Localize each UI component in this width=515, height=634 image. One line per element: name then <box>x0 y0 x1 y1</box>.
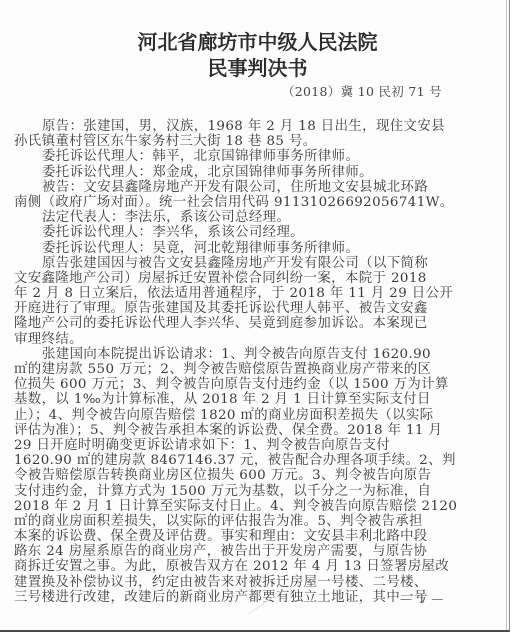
text-line: 张建国向本院提出诉讼请求：1、判令被告向原告支付 1620.90 <box>14 347 455 362</box>
scan-edge-line <box>506 0 507 630</box>
text-line: 开庭进行了审理。原告张建国及其委托诉讼代理人韩平、被告文安鑫 <box>14 301 455 316</box>
page-number: — 1 — <box>400 592 444 606</box>
document-type-heading: 民事判决书 <box>0 52 515 81</box>
text-line: 29 日开庭时明确变更诉讼请求如下：1、判令被告向原告支付 <box>14 438 455 453</box>
text-line: 法定代表人：李法乐，系该公司总经理。 <box>14 210 455 225</box>
judgment-body: 原告：张建国，男，汉族，1968 年 2 月 18 日出生，现住文安县孙氏镇董村… <box>14 119 455 605</box>
text-line: 支付违约金，计算方式为 1500 万元为基数，以千分之一为标准，自 <box>14 484 455 499</box>
text-line: 位损失 600 万元；3、判令被告向原告支付违约金（以 1500 万为计算 <box>14 377 455 392</box>
document-page: 河北省廊坊市中级人民法院 民事判决书 （2018）冀 10 民初 71 号 原告… <box>0 0 510 632</box>
text-line: 委托诉讼代理人：韩平，北京国锦律师事务所律师。 <box>14 149 455 164</box>
text-line: 建置换及补偿协议书，约定由被告来对被拆迁房屋一号楼、二号楼、 <box>14 575 455 590</box>
text-line: 止）；4、判令被告向原告赔偿 1820 ㎡的商业房面积差损失（以实际 <box>14 408 455 423</box>
text-line: 委托诉讼代理人：吴竟，河北乾翔律师事务所律师。 <box>14 241 455 256</box>
text-line: 原告：张建国，男，汉族，1968 年 2 月 18 日出生，现住文安县 <box>14 119 455 134</box>
text-line: 路东 24 房屋系原告的商业房产，被告出于开发房产需要，与原告协 <box>14 544 455 559</box>
text-line: 2018 年 2 月 1 日计算至实际支付日止。4、判令被告向原告赔偿 2120 <box>14 499 455 514</box>
text-line: 委托诉讼代理人：郑金成，北京国锦律师事务所律师。 <box>14 165 455 180</box>
text-line: 令被告赔偿原告转换商业房区位损失 600 万元。3、判令被告向原告 <box>14 468 455 483</box>
text-line: 南侧（政府广场对面）。统一社会信用代码 91131026692056741W。 <box>14 195 455 210</box>
text-line: 审理终结。 <box>14 332 455 347</box>
text-line: 商拆迁安置之事。为此，原被告双方在 2012 年 4 月 13 日签署房屋改 <box>14 559 455 574</box>
case-number: （2018）冀 10 民初 71 号 <box>282 82 442 100</box>
court-name-heading: 河北省廊坊市中级人民法院 <box>0 26 515 55</box>
text-line: 年 2 月 8 日立案后，依法适用普通程序，于 2018 年 11 月 29 日… <box>14 286 455 301</box>
text-line: ㎡的商业房面积差损失，以实际的评估报告为准。5、判令被告承担 <box>14 514 455 529</box>
text-line: ㎡的建房款 550 万元；2、判令被告赔偿原告置换商业房产带来的区 <box>14 362 455 377</box>
text-line: 评估为准）；5、判令被告承担本案的诉讼费、保全费。2018 年 11 月 <box>14 423 455 438</box>
text-line: 被告：文安县鑫隆房地产开发有限公司，住所地文安县城北环路 <box>14 180 455 195</box>
text-line: 委托诉讼代理人：李兴华，系该公司经理。 <box>14 225 455 240</box>
text-line: 原告张建国因与被告文安县鑫隆房地产开发有限公司（以下简称 <box>14 256 455 271</box>
text-line: 基数，以 1‰为计算标准，从 2018 年 2 月 1 日计算至实际支付日 <box>14 392 455 407</box>
text-line: 孙氏镇董村管区东牛家务村三大街 18 巷 85 号。 <box>14 134 455 149</box>
text-line: 隆地产公司的委托诉讼代理人李兴华、吴竟到庭参加诉讼。本案现已 <box>14 316 455 331</box>
text-line: 三号楼进行改建，改建后的新商业房产都要有独立土地证，其中一号 <box>14 590 455 605</box>
text-line: 文安鑫隆地产公司）房屋拆迁安置补偿合同纠纷一案，本院于 2018 <box>14 271 455 286</box>
text-line: 本案的诉讼费、保全费及评估费。事实和理由：文安县丰利北路中段 <box>14 529 455 544</box>
text-line: 1620.90 ㎡的建房款 8467146.37 元，被告配合办理各项手续。2、… <box>14 453 455 468</box>
